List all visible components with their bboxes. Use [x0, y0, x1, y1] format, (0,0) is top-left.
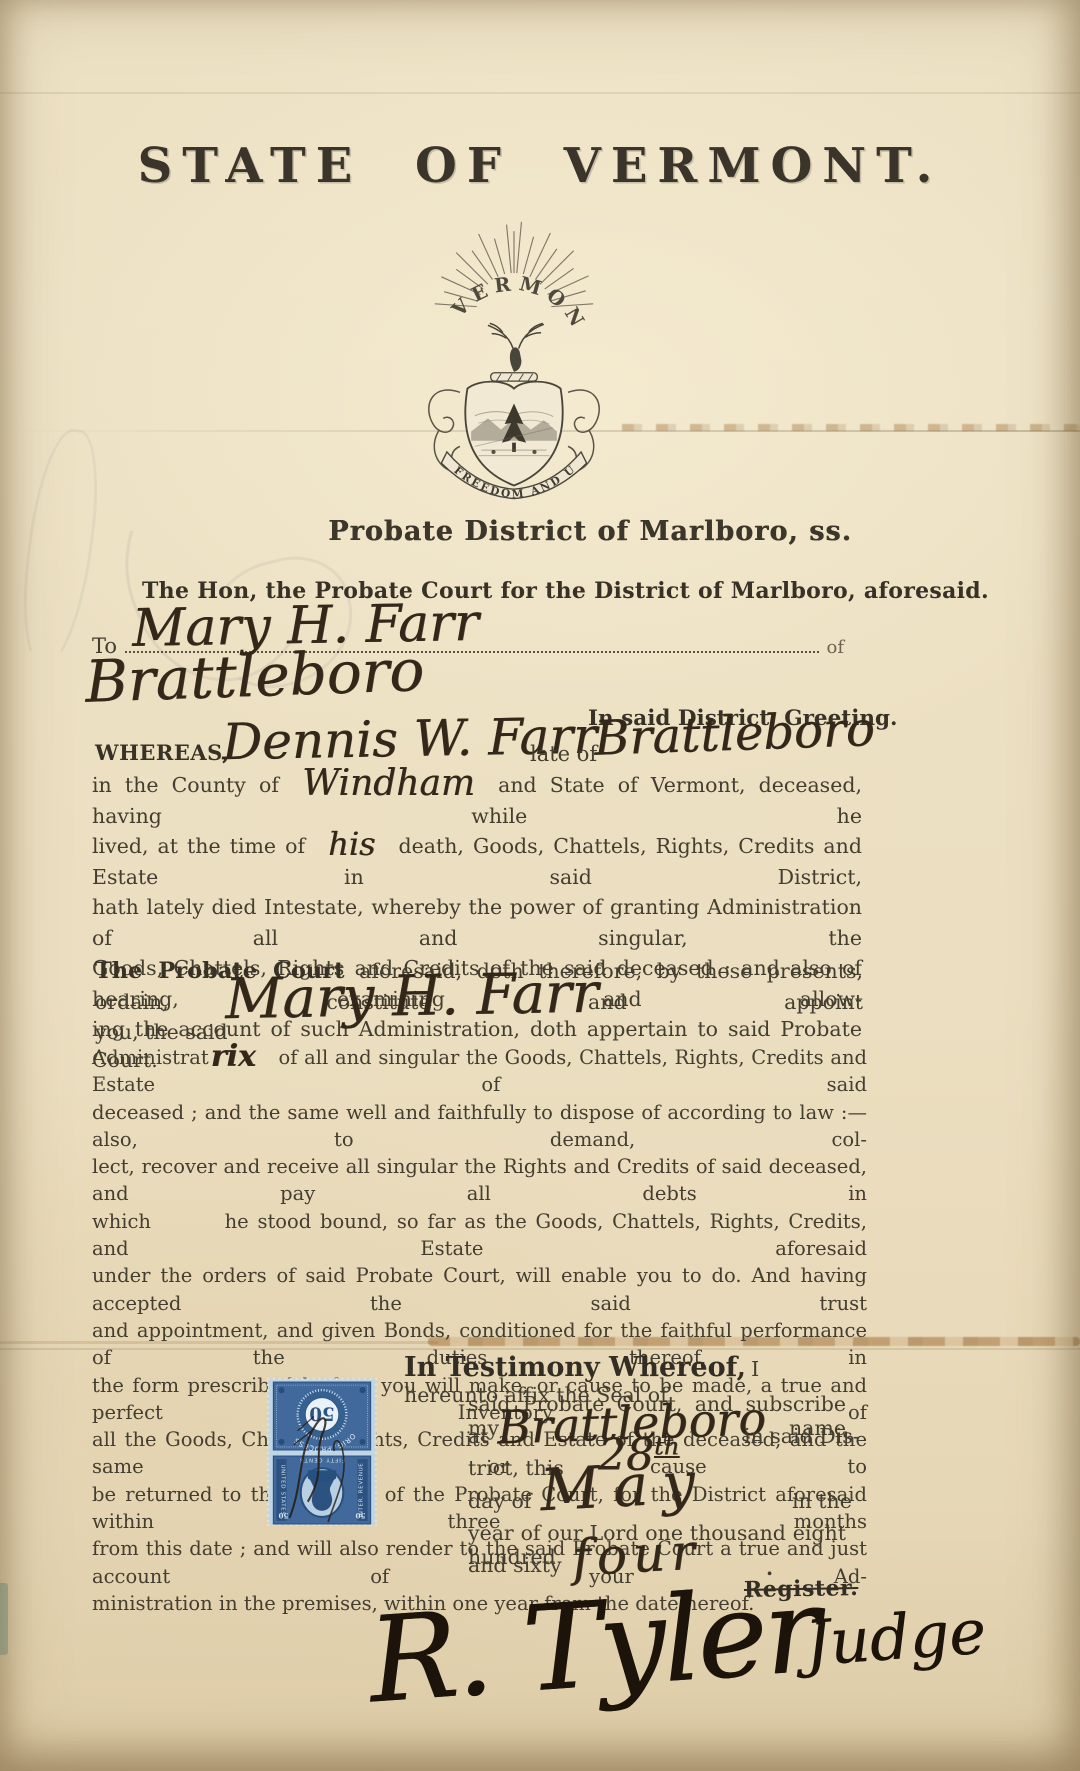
handwritten-pronoun: his [328, 825, 375, 863]
whereas-label: WHEREAS, [95, 740, 230, 765]
printed-text: which [92, 1210, 151, 1233]
paragraph-line: lect, recover and receive all singular t… [92, 1153, 867, 1208]
handwritten-appointee-name: Mary H. Farr [224, 961, 598, 1033]
late-of-label: late of [530, 742, 597, 766]
printed-text: Administrat [92, 1046, 209, 1069]
document-title: STATE OF VERMONT. [0, 138, 1080, 194]
handwritten-residence: Brattleboro [84, 636, 425, 716]
vermont-coat-of-arms: VERMONT [368, 206, 660, 506]
testimony-day-of: day of [468, 1489, 531, 1513]
crest-torse [491, 373, 538, 381]
handwritten-county: Windham [302, 763, 475, 804]
signature-title: Judge [802, 1595, 988, 1680]
stamp-corner-denomination: 50 [356, 1511, 366, 1520]
printed-text: he stood bound, so far as the Goods, Cha… [92, 1210, 867, 1260]
paragraph-line: hath lately died Intestate, whereby the … [92, 892, 862, 953]
handwritten-month: May [538, 1448, 710, 1525]
paragraph-line: deceased ; and the same well and faithfu… [92, 1099, 867, 1154]
stamp-corner-denomination: 50 [278, 1511, 288, 1520]
paragraph-line: under the orders of said Probate Court, … [92, 1262, 867, 1317]
seal-arc-label: VERMONT [368, 206, 592, 336]
printed-text: lived, at the time of [92, 834, 305, 858]
stag-crest [488, 323, 544, 371]
in-testimony-bold: In Testimony Whereof, [404, 1352, 746, 1383]
paragraph-line: lived, at the time of his death, Goods, … [92, 831, 862, 892]
probate-district-line: Probate District of Marlboro, ss. [0, 516, 852, 547]
testimony-after-place: in said Dis- [744, 1424, 860, 1448]
of-label: of [827, 637, 845, 658]
stamp-right-text: UNITED STATES [279, 1464, 285, 1515]
printed-text: in the County of [92, 773, 279, 797]
seal-shield [465, 382, 562, 486]
stamp-bottom-text: FIFTY CENTS [299, 1457, 345, 1463]
stamp-edge-fragment [0, 1583, 8, 1655]
handwritten-administratrix-suffix: rix [211, 1039, 256, 1074]
revenue-stamp-pair: 50 ORIG. PROCESS INTER. REVENUE UNITED S… [267, 1378, 377, 1526]
handwritten-deceased-residence: Brattleboro [593, 701, 875, 767]
stamp-bottom-inverted: INTER. REVENUE UNITED STATES FIFTY CENTS… [273, 1456, 370, 1524]
testimony-in-the: in the [792, 1489, 852, 1513]
paragraph-line: in the County of Windham and State of Ve… [92, 770, 862, 831]
paragraph-line: Administratrix of all and singular the G… [92, 1044, 867, 1099]
testimony-and-sixty: and sixty [468, 1553, 562, 1577]
probate-document-page: STATE OF VERMONT. VERMONT [0, 0, 1080, 1771]
fold-crease-top [0, 92, 1080, 94]
stamp-denomination: 50 [309, 1402, 334, 1423]
testimony-at-label: at [468, 1424, 488, 1448]
stamp-left-text: INTER. REVENUE [359, 1463, 365, 1518]
paragraph-line: which he stood bound, so far as the Good… [92, 1208, 867, 1263]
